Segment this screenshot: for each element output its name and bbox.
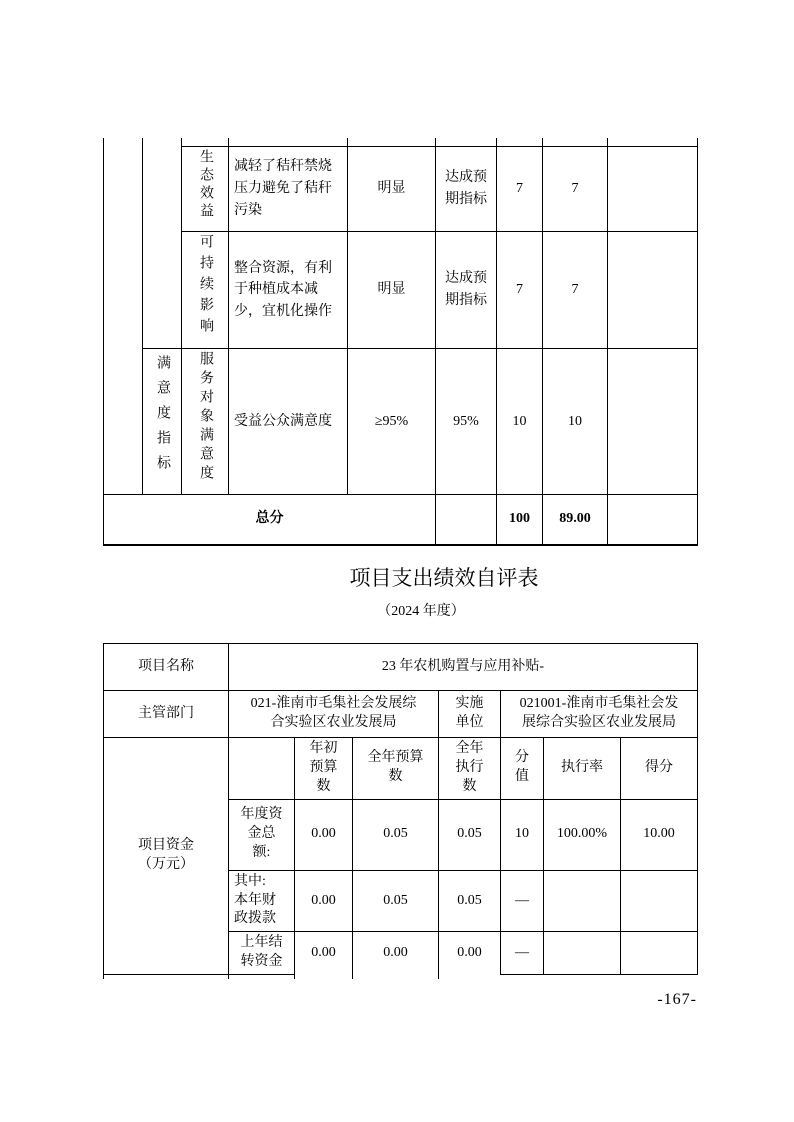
implement-unit-value-cell: 021001-淮南市毛集社会发 展综合实验区农业发展局: [501, 691, 698, 738]
total-row: 总分 100 89.00: [104, 495, 698, 545]
cut-cell: [501, 975, 698, 980]
note-cell: [608, 147, 698, 232]
project-name-label-cell: 项目名称: [104, 644, 229, 691]
score-table: 生态效益 减轻了秸秆禁烧压力避免了秸秆污染 明显 达成预期指标 7 7 可持续影…: [103, 138, 698, 546]
actual-value-cell: 达成预期指标: [436, 231, 497, 349]
initial-budget-cell: 0.00: [295, 870, 353, 932]
cut-cell: [182, 138, 229, 147]
score-cell: 10.00: [621, 799, 698, 870]
category-vertical-text: 可持续影响: [198, 234, 212, 339]
score-cell: 7: [543, 231, 608, 349]
page-number: -167-: [580, 991, 697, 1009]
initial-budget-cell: 0.00: [295, 799, 353, 870]
cut-cell: [229, 138, 348, 147]
page-title: 项目支出绩效自评表: [97, 562, 791, 594]
annual-execution-cell: 0.05: [439, 870, 501, 932]
indicator-group-cell: 满意度指标: [143, 349, 182, 495]
points-cell: 10: [501, 799, 544, 870]
category-vertical-text: 生态效益: [198, 149, 212, 221]
project-name-row: 项目名称 23 年农机购置与应用补贴-: [104, 644, 698, 691]
score-cell: [621, 932, 698, 975]
execution-rate-cell: [544, 932, 621, 975]
annual-budget-cell: 0.05: [353, 870, 439, 932]
cut-cell: [104, 975, 229, 980]
cut-cell: [348, 138, 436, 147]
total-label-cell: 总分: [104, 495, 436, 545]
points-cell: —: [501, 870, 544, 932]
indicator-cell: 减轻了秸秆禁烧压力避免了秸秆污染: [229, 147, 348, 232]
cut-cell: [353, 975, 439, 980]
department-row: 主管部门 021-淮南市毛集社会发展综 合实验区农业发展局 实施 单位 0210…: [104, 691, 698, 738]
annual-execution-cell: 0.05: [439, 799, 501, 870]
annual-target-cell: 明显: [348, 231, 436, 349]
actual-value-cell: 95%: [436, 349, 497, 495]
initial-budget-header-cell: 年初 预算 数: [295, 738, 353, 800]
annual-execution-header-cell: 全年 执行 数: [439, 738, 501, 800]
self-eval-table: 项目名称 23 年农机购置与应用补贴- 主管部门 021-淮南市毛集社会发展综 …: [103, 643, 698, 979]
points-cell: 7: [497, 231, 543, 349]
cut-cell: [543, 138, 608, 147]
cut-cell: [436, 138, 497, 147]
fund-row-label-cell: 上年结 转资金: [229, 932, 295, 975]
total-blank-cell: [436, 495, 497, 545]
indicator-group-cut-cell: [104, 138, 143, 495]
total-points-cell: 100: [497, 495, 543, 545]
table-row: 满意度指标 服务对象满意度 受益公众满意度 ≥95% 95% 10 10: [104, 349, 698, 495]
table-row: 可持续影响 整合资源，有利于种植成本减少，宜机化操作 明显 达成预期指标 7 7: [104, 231, 698, 349]
table-row: 生态效益 减轻了秸秆禁烧压力避免了秸秆污染 明显 达成预期指标 7 7: [104, 147, 698, 232]
cut-cell: [229, 975, 295, 980]
score-cell: 10: [543, 349, 608, 495]
annual-execution-cell: 0.00: [439, 932, 501, 975]
funds-label-cell: 项目资金 （万元）: [104, 738, 229, 975]
blank-header-cell: [229, 738, 295, 800]
execution-rate-cell: 100.00%: [544, 799, 621, 870]
points-cell: 7: [497, 147, 543, 232]
cut-cell: [295, 975, 353, 980]
execution-rate-header-cell: 执行率: [544, 738, 621, 800]
document-page: 生态效益 减轻了秸秆禁烧压力避免了秸秆污染 明显 达成预期指标 7 7 可持续影…: [0, 0, 794, 1122]
cut-off-row: [104, 138, 698, 147]
indicator-subgroup-cut-cell: [143, 138, 182, 349]
total-score-cell: 89.00: [543, 495, 608, 545]
department-label-cell: 主管部门: [104, 691, 229, 738]
group-vertical-text: 满意度指标: [155, 355, 169, 480]
indicator-category-cell: 服务对象满意度: [182, 349, 229, 495]
score-cell: 7: [543, 147, 608, 232]
cut-cell: [439, 975, 501, 980]
note-cell: [608, 231, 698, 349]
initial-budget-cell: 0.00: [295, 932, 353, 975]
cut-cell: [608, 138, 698, 147]
funds-header-row: 项目资金 （万元） 年初 预算 数 全年预算 数 全年 执行 数 分 值 执行率…: [104, 738, 698, 800]
category-vertical-text: 服务对象满意度: [198, 351, 212, 484]
execution-rate-cell: [544, 870, 621, 932]
implement-unit-label-cell: 实施 单位: [439, 691, 501, 738]
page-break-cut-row: [104, 975, 698, 980]
cut-cell: [497, 138, 543, 147]
annual-budget-cell: 0.00: [353, 932, 439, 975]
fund-row-label-cell: 年度资 金总 额:: [229, 799, 295, 870]
points-header-cell: 分 值: [501, 738, 544, 800]
fund-row-label-cell: 其中: 本年财 政拨款: [229, 870, 295, 932]
annual-target-cell: ≥95%: [348, 349, 436, 495]
annual-budget-cell: 0.05: [353, 799, 439, 870]
score-cell: [621, 870, 698, 932]
indicator-category-cell: 可持续影响: [182, 231, 229, 349]
indicator-cell: 整合资源，有利于种植成本减少，宜机化操作: [229, 231, 348, 349]
actual-value-cell: 达成预期指标: [436, 147, 497, 232]
total-note-cell: [608, 495, 698, 545]
points-cell: 10: [497, 349, 543, 495]
points-cell: —: [501, 932, 544, 975]
score-header-cell: 得分: [621, 738, 698, 800]
page-subtitle: （2024 年度）: [24, 601, 794, 623]
department-value-cell: 021-淮南市毛集社会发展综 合实验区农业发展局: [229, 691, 439, 738]
project-name-value-cell: 23 年农机购置与应用补贴-: [229, 644, 698, 691]
indicator-cell: 受益公众满意度: [229, 349, 348, 495]
note-cell: [608, 349, 698, 495]
indicator-category-cell: 生态效益: [182, 147, 229, 232]
annual-budget-header-cell: 全年预算 数: [353, 738, 439, 800]
annual-target-cell: 明显: [348, 147, 436, 232]
